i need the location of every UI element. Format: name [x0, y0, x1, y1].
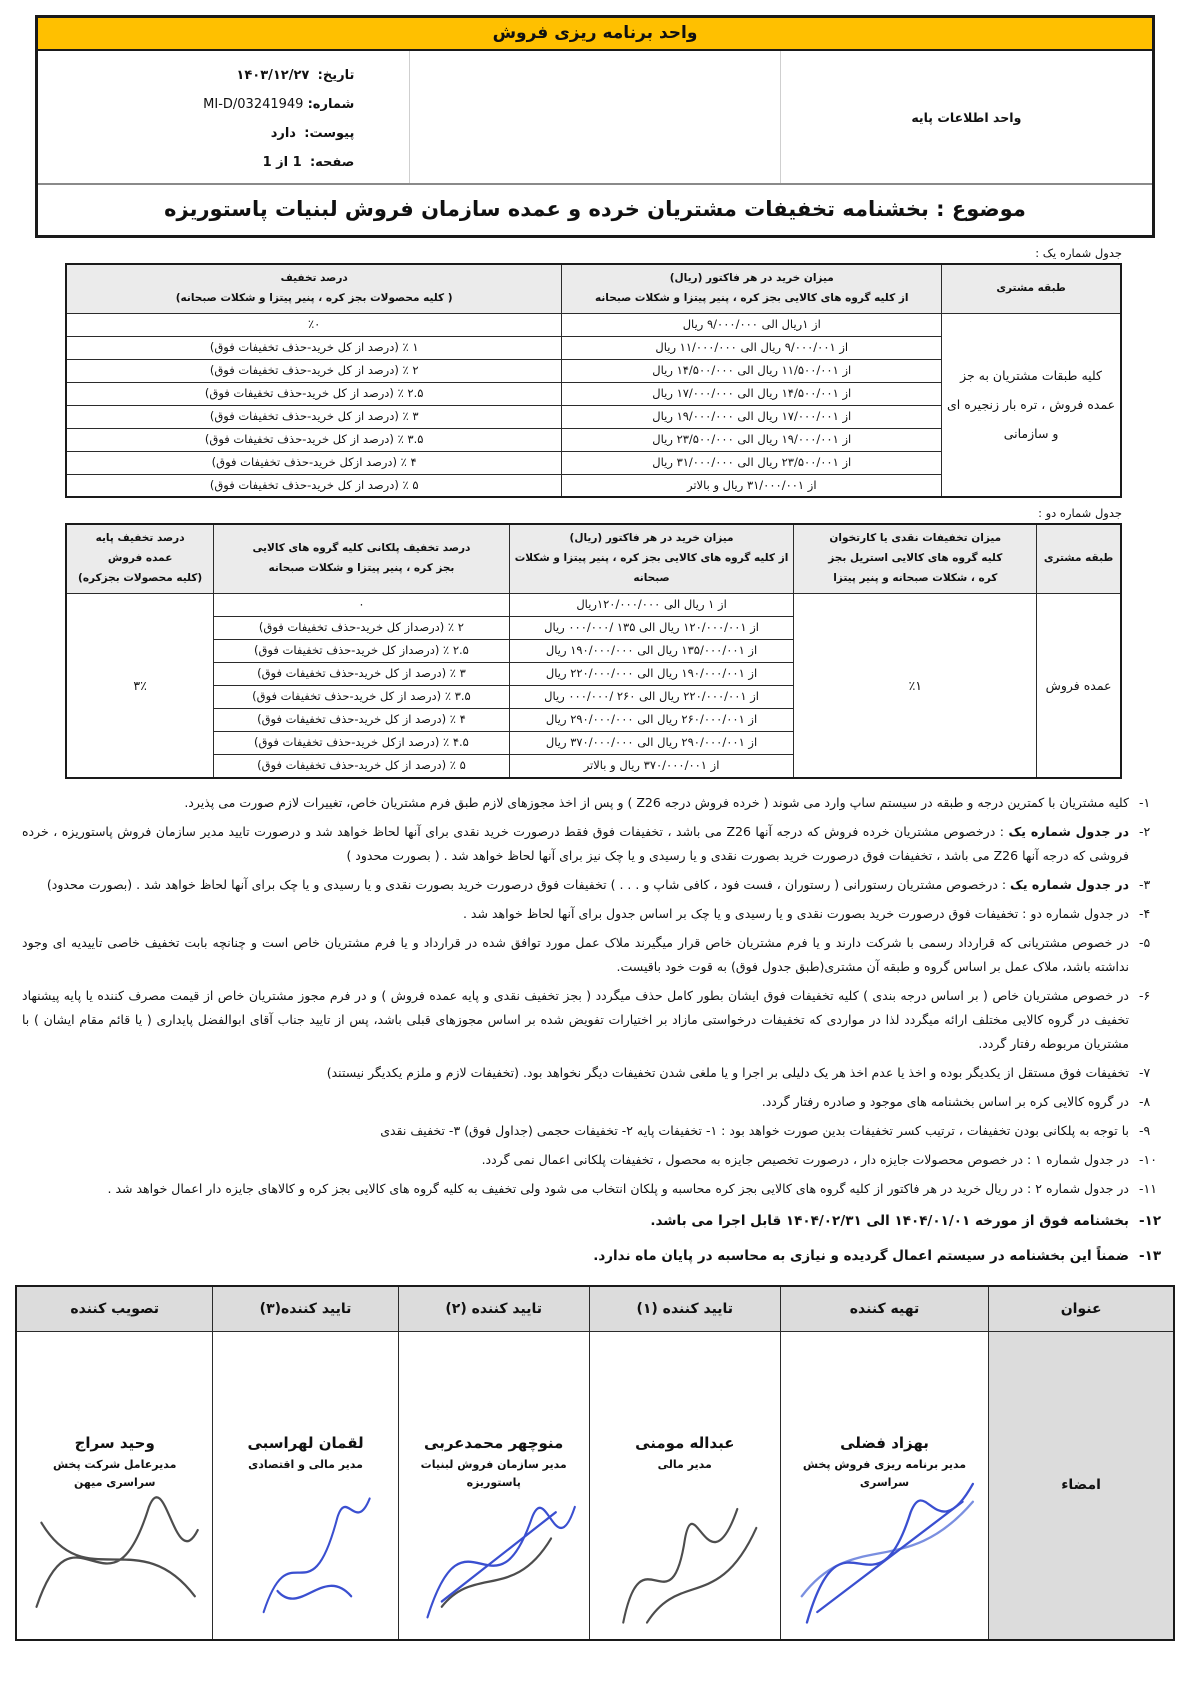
- note-item: ۲-در جدول شماره یک : درخصوص مشتریان خرده…: [22, 820, 1165, 868]
- step-discount-value: ۲.۵ ٪ (درصداز کل خرید-حذف تخفیفات فوق): [214, 640, 509, 663]
- note-number: ۱۰-: [1139, 1148, 1165, 1172]
- purchase-range: از ۱ ریال الی ۱۲۰/۰۰۰/۰۰۰ریال: [509, 594, 794, 617]
- sig-col-approver2: تایید کننده (۲): [398, 1286, 589, 1332]
- discount-value: ۳ ٪ (درصد از کل خرید-حذف تخفیفات فوق): [66, 405, 562, 428]
- step-discount-value: ۰: [214, 594, 509, 617]
- table2-col-customer-class: طبقه مشتری: [1037, 524, 1121, 593]
- signer-name: لقمان لهراسبی: [213, 1434, 397, 1452]
- note-number: ۱۲-: [1139, 1206, 1165, 1236]
- note-number: ۳-: [1139, 873, 1165, 897]
- note-item: ۵-در خصوص مشتریانی که قرارداد رسمی با شر…: [22, 931, 1165, 979]
- table1-col-customer-class: طبقه مشتری: [942, 264, 1121, 313]
- purchase-range: از ۲۳/۵۰۰/۰۰۱ ریال الی ۳۱/۰۰۰/۰۰۰ ریال: [562, 451, 942, 474]
- signer-role: مدیر برنامه ریزی فروش پخش سراسری: [781, 1456, 988, 1491]
- table1-header-row: طبقه مشتری میزان خرید در هر فاکتور (ریال…: [66, 264, 1121, 313]
- note-item: ۱۰-در جدول شماره ۱ : در خصوص محصولات جای…: [22, 1148, 1165, 1172]
- base-info-unit-label: واحد اطلاعات پایه: [781, 51, 1152, 183]
- purchase-range: از ۳۷۰/۰۰۰/۰۰۱ ریال و بالاتر: [509, 755, 794, 778]
- purchase-range: از ۲۲۰/۰۰۰/۰۰۱ ریال الی ۲۶۰ /۰۰۰/۰۰۰ ریا…: [509, 686, 794, 709]
- meta-page: صفحه: 1 از 1: [44, 148, 354, 177]
- table-row: کلیه طبقات مشتریان به جز عمده فروش ، تره…: [66, 313, 1121, 336]
- note-number: ۷-: [1139, 1061, 1165, 1085]
- purchase-range: از ۱ریال الی ۹/۰۰۰/۰۰۰ ریال: [562, 313, 942, 336]
- signature-row: امضاء بهزاد فضلی مدیر برنامه ریزی فروش پ…: [16, 1332, 1174, 1640]
- signature-header-row: عنوان تهیه کننده تایید کننده (۱) تایید ک…: [16, 1286, 1174, 1332]
- note-item-effective-dates: ۱۲-بخشنامه فوق از مورخه ۱۴۰۴/۰۱/۰۱ الی ۱…: [22, 1206, 1165, 1236]
- table2-col-purchase: میزان خرید در هر فاکتور (ریال) از کلیه گ…: [509, 524, 794, 593]
- signature-cell-approver1: عبداله مومنی مدیر مالی: [589, 1332, 780, 1640]
- document-meta: تاریخ: ۱۴۰۳/۱۲/۲۷ شماره: MI-D/03241949 پ…: [38, 51, 409, 183]
- signature-cell-ratifier: وحید سراج مدیرعامل شرکت پخش سراسری میهن: [16, 1332, 213, 1640]
- header-empty-cell: [409, 51, 780, 183]
- table1-caption: جدول شماره یک :: [68, 246, 1122, 260]
- note-item: ۴-در جدول شماره دو : تخفیفات فوق درصورت …: [22, 902, 1165, 926]
- table1-col-purchase: میزان خرید در هر فاکتور (ریال) از کلیه گ…: [562, 264, 942, 313]
- note-item: ۱۱-در جدول شماره ۲ : در ریال خرید در هر …: [22, 1177, 1165, 1201]
- unit-title: واحد برنامه ریزی فروش: [493, 23, 698, 43]
- purchase-range: از ۳۱/۰۰۰/۰۰۱ ریال و بالاتر: [562, 474, 942, 497]
- table1-customer-class-value: کلیه طبقات مشتریان به جز عمده فروش ، تره…: [942, 313, 1121, 497]
- note-number: ۱۱-: [1139, 1177, 1165, 1201]
- note-number: ۱-: [1139, 791, 1165, 815]
- purchase-range: از ۱۹/۰۰۰/۰۰۱ ریال الی ۲۳/۵۰۰/۰۰۰ ریال: [562, 428, 942, 451]
- signature-cell-approver3: لقمان لهراسبی مدیر مالی و اقتصادی: [213, 1332, 398, 1640]
- sig-col-preparer: تهیه کننده: [780, 1286, 988, 1332]
- note-item: ۱-کلیه مشتریان با کمترین درجه و طبقه در …: [22, 791, 1165, 815]
- retail-discount-table: طبقه مشتری میزان خرید در هر فاکتور (ریال…: [65, 263, 1122, 498]
- table2-header-row: طبقه مشتری میزان تخفیفات نقدی یا کارتخوا…: [66, 524, 1121, 593]
- signer-role: مدیرعامل شرکت پخش سراسری میهن: [17, 1456, 212, 1491]
- step-discount-value: ۲ ٪ (درصداز کل خرید-حذف تخفیفات فوق): [214, 617, 509, 640]
- sig-col-approver1: تایید کننده (۱): [589, 1286, 780, 1332]
- purchase-range: از ۱۴/۵۰۰/۰۰۱ ریال الی ۱۷/۰۰۰/۰۰۰ ریال: [562, 382, 942, 405]
- discount-value: ۵ ٪ (درصد از کل خرید-حذف تخفیفات فوق): [66, 474, 562, 497]
- table2-col-cash-discount: میزان تخفیفات نقدی یا کارتخوان کلیه گروه…: [794, 524, 1037, 593]
- signature-scribble-icon: [213, 1465, 397, 1633]
- note-number: ۸-: [1139, 1090, 1165, 1114]
- discount-value: ۲.۵ ٪ (درصد از کل خرید-حذف تخفیفات فوق): [66, 382, 562, 405]
- discount-value: ۴ ٪ (درصد ازکل خرید-حذف تخفیفات فوق): [66, 451, 562, 474]
- note-number: ۹-: [1139, 1119, 1165, 1143]
- step-discount-value: ۵ ٪ (درصد از کل خرید-حذف تخفیفات فوق): [214, 755, 509, 778]
- table2-base-discount-value: ۳٪: [66, 594, 214, 778]
- discount-value: ٪۰: [66, 313, 562, 336]
- note-item: ۸-در گروه کالایی کره بر اساس بخشنامه های…: [22, 1090, 1165, 1114]
- table2-col-base-discount: درصد تخفیف پایه عمده فروش (کلیه محصولات …: [66, 524, 214, 593]
- note-item-system-applied: ۱۳-ضمناً این بخشنامه در سیستم اعمال گردی…: [22, 1241, 1165, 1271]
- purchase-range: از ۹/۰۰۰/۰۰۱ ریال الی ۱۱/۰۰۰/۰۰۰ ریال: [562, 336, 942, 359]
- purchase-range: از ۱۲۰/۰۰۰/۰۰۱ ریال الی ۱۳۵ /۰۰۰/۰۰۰ ریا…: [509, 617, 794, 640]
- purchase-range: از ۲۶۰/۰۰۰/۰۰۱ ریال الی ۲۹۰/۰۰۰/۰۰۰ ریال: [509, 709, 794, 732]
- discount-value: ۲ ٪ (درصد از کل خرید-حذف تخفیفات فوق): [66, 359, 562, 382]
- step-discount-value: ۳.۵ ٪ (درصد از کل خرید-حذف تخفیفات فوق): [214, 686, 509, 709]
- signer-name: منوچهر محمدعربی: [399, 1434, 589, 1452]
- table2-cash-discount-value: ٪۱: [794, 594, 1037, 778]
- meta-date: تاریخ: ۱۴۰۳/۱۲/۲۷: [44, 61, 354, 90]
- signer-role: مدیر سازمان فروش لبنیات پاستوریزه: [399, 1456, 589, 1491]
- signature-cell-preparer: بهزاد فضلی مدیر برنامه ریزی فروش پخش سرا…: [780, 1332, 988, 1640]
- signature-row-label: امضاء: [989, 1332, 1174, 1640]
- signature-table: عنوان تهیه کننده تایید کننده (۱) تایید ک…: [15, 1285, 1175, 1641]
- sig-col-title: عنوان: [989, 1286, 1174, 1332]
- discount-value: ۱ ٪ (درصد از کل خرید-حذف تخفیفات فوق): [66, 336, 562, 359]
- wholesale-discount-table: طبقه مشتری میزان تخفیفات نقدی یا کارتخوا…: [65, 523, 1122, 778]
- purchase-range: از ۱۹۰/۰۰۰/۰۰۱ ریال الی ۲۲۰/۰۰۰/۰۰۰ ریال: [509, 663, 794, 686]
- meta-attachment: پیوست: دارد: [44, 119, 354, 148]
- step-discount-value: ۳ ٪ (درصد از کل خرید-حذف تخفیفات فوق): [214, 663, 509, 686]
- step-discount-value: ۴ ٪ (درصد از کل خرید-حذف تخفیفات فوق): [214, 709, 509, 732]
- notes-list: ۱-کلیه مشتریان با کمترین درجه و طبقه در …: [22, 791, 1165, 1271]
- note-number: ۵-: [1139, 931, 1165, 979]
- document-header-box: واحد برنامه ریزی فروش واحد اطلاعات پایه …: [35, 15, 1155, 238]
- purchase-range: از ۱۷/۰۰۰/۰۰۱ ریال الی ۱۹/۰۰۰/۰۰۰ ریال: [562, 405, 942, 428]
- note-item: ۶-در خصوص مشتریان خاص ( بر اساس درجه بند…: [22, 984, 1165, 1056]
- note-item: ۷-تخفیفات فوق مستقل از یکدیگر بوده و اخذ…: [22, 1061, 1165, 1085]
- note-item: ۳-در جدول شماره یک : درخصوص مشتریان رستو…: [22, 873, 1165, 897]
- sig-col-ratifier: تصویب کننده: [16, 1286, 213, 1332]
- table2-col-step-discount: درصد تخفیف پلکانی کلیه گروه های کالایی ب…: [214, 524, 509, 593]
- purchase-range: از ۲۹۰/۰۰۰/۰۰۱ ریال الی ۳۷۰/۰۰۰/۰۰۰ ریال: [509, 732, 794, 755]
- note-item: ۹-با توجه به پلکانی بودن تخفیفات ، ترتیب…: [22, 1119, 1165, 1143]
- purchase-range: از ۱۳۵/۰۰۰/۰۰۱ ریال الی ۱۹۰/۰۰۰/۰۰۰ ریال: [509, 640, 794, 663]
- signer-role: مدیر مالی: [590, 1456, 780, 1474]
- note-number: ۱۳-: [1139, 1241, 1165, 1271]
- signer-role: مدیر مالی و اقتصادی: [213, 1456, 397, 1474]
- subject-line: موضوع : بخشنامه تخفیفات مشتریان خرده و ع…: [38, 185, 1152, 235]
- signer-name: وحید سراج: [17, 1434, 212, 1452]
- meta-number: شماره: MI-D/03241949: [44, 90, 354, 119]
- signature-scribble-icon: [590, 1465, 780, 1633]
- table2-customer-class-value: عمده فروش: [1037, 594, 1121, 778]
- circular-document-page: { "colors": { "band_yellow": "#ffc000", …: [0, 0, 1190, 1683]
- table-row: عمده فروش ٪۱ از ۱ ریال الی ۱۲۰/۰۰۰/۰۰۰ری…: [66, 594, 1121, 617]
- signature-cell-approver2: منوچهر محمدعربی مدیر سازمان فروش لبنیات …: [398, 1332, 589, 1640]
- purchase-range: از ۱۱/۵۰۰/۰۰۱ ریال الی ۱۴/۵۰۰/۰۰۰ ریال: [562, 359, 942, 382]
- step-discount-value: ۴.۵ ٪ (درصد ازکل خرید-حذف تخفیفات فوق): [214, 732, 509, 755]
- note-number: ۶-: [1139, 984, 1165, 1056]
- signer-name: بهزاد فضلی: [781, 1434, 988, 1452]
- header-middle-row: واحد اطلاعات پایه تاریخ: ۱۴۰۳/۱۲/۲۷ شمار…: [38, 51, 1152, 185]
- note-number: ۲-: [1139, 820, 1165, 868]
- note-number: ۴-: [1139, 902, 1165, 926]
- discount-value: ۳.۵ ٪ (درصد از کل خرید-حذف تخفیفات فوق): [66, 428, 562, 451]
- table1-col-discount: درصد تخفیف ( کلیه محصولات بجز کره ، پنیر…: [66, 264, 562, 313]
- unit-title-band: واحد برنامه ریزی فروش: [38, 18, 1152, 51]
- signer-name: عبداله مومنی: [590, 1434, 780, 1452]
- table2-caption: جدول شماره دو :: [68, 506, 1122, 520]
- sig-col-approver3: تایید کننده(۳): [213, 1286, 398, 1332]
